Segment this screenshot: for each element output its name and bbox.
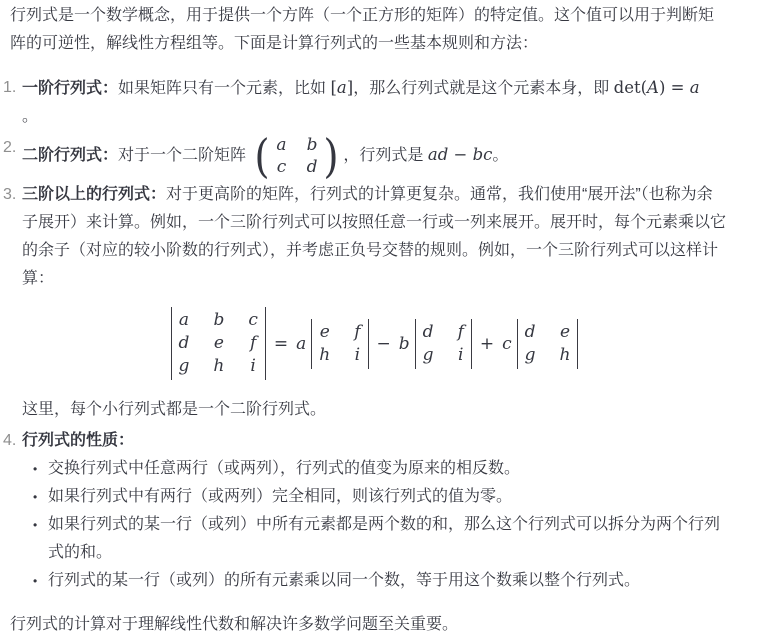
math-var-A: A xyxy=(647,78,659,97)
list-item-second-order: 2. 二阶行列式：对于一个二阶矩阵 (abcd)，行列式是 ad − bc。 xyxy=(3,134,727,178)
list-number: 2. xyxy=(3,134,22,162)
coefficient-c: c xyxy=(502,330,512,358)
matrix-cell: d xyxy=(423,321,434,344)
bullet-icon: • xyxy=(22,455,48,483)
closing-paragraph: 行列式的计算对于理解线性代数和解决许多数学问题至关重要。 xyxy=(10,611,727,639)
matrix-cell: g xyxy=(179,355,190,378)
list-item-first-order: 1. 一阶行列式：如果矩阵只有一个元素，比如 [a]，那么行列式就是这个元素本身… xyxy=(3,74,727,131)
item4-label: 行列式的性质： xyxy=(22,432,134,449)
matrix-cell: f xyxy=(248,332,258,355)
matrix-cell: e xyxy=(213,332,224,355)
bullet-text: 如果行列式的某一行（或列）中所有元素都是两个数的和，那么这个行列式可以拆分为两个… xyxy=(48,511,727,567)
determinant-expansion-formula: a b c d e f g h i = a e f xyxy=(22,307,727,380)
matrix-cell: a xyxy=(179,309,190,332)
math-var-a: a xyxy=(337,78,347,97)
item2-text-2: ，行列式是 xyxy=(343,147,427,164)
matrix-cell: d xyxy=(179,332,190,355)
properties-bullet-list: • 交换行列式中任意两行（或两列），行列式的值变为原来的相反数。 • 如果行列式… xyxy=(22,455,727,595)
list-number: 1. xyxy=(3,74,22,102)
item1-label: 一阶行列式： xyxy=(22,80,118,97)
matrix-cell: d xyxy=(307,156,318,178)
bullet-text: 行列式的某一行（或列）的所有元素乘以同一个数，等于用这个数乘以整个行列式。 xyxy=(48,567,727,595)
minus-sign: − xyxy=(377,330,391,358)
matrix-cell: g xyxy=(423,344,434,367)
item-content: 一阶行列式：如果矩阵只有一个元素，比如 [a]，那么行列式就是这个元素本身，即 … xyxy=(22,74,727,131)
inline-math-bracket-a: [a] xyxy=(330,78,353,97)
bullet-item: • 行列式的某一行（或列）的所有元素乘以同一个数，等于用这个数乘以整个行列式。 xyxy=(22,567,727,595)
matrix-cell: i xyxy=(248,355,258,378)
intro-paragraph: 行列式是一个数学概念，用于提供一个方阵（一个正方形的矩阵）的特定值。这个值可以用… xyxy=(10,2,727,58)
equals: ) = xyxy=(659,78,690,97)
determinant-2x2-minor-b: d f g i xyxy=(415,319,472,369)
matrix-cell: f xyxy=(458,321,464,344)
matrix-2x2-inline: (abcd) xyxy=(253,134,340,178)
item-content: 二阶行列式：对于一个二阶矩阵 (abcd)，行列式是 ad − bc。 xyxy=(22,134,727,178)
bullet-text: 如果行列式中有两行（或两列）完全相同，则该行列式的值为零。 xyxy=(48,483,727,511)
item3-after-formula: 这里，每个小行列式都是一个二阶行列式。 xyxy=(22,396,727,424)
item-content: 三阶以上的行列式：对于更高阶的矩阵，行列式的计算更复杂。通常，我们使用“展开法”… xyxy=(22,181,727,424)
matrix-cell: i xyxy=(458,344,464,367)
coefficient-b: b xyxy=(399,330,410,358)
bullet-icon: • xyxy=(22,511,48,539)
right-paren: ) xyxy=(324,134,339,178)
matrix-cell: i xyxy=(354,344,360,367)
matrix-cell: d xyxy=(525,321,536,344)
matrix-cell: e xyxy=(319,321,330,344)
matrix-cell: c xyxy=(276,156,286,178)
matrix-cell: h xyxy=(560,344,571,367)
matrix-cells: abcd xyxy=(271,134,322,178)
determinant-2x2-minor-c: d e g h xyxy=(517,319,579,369)
matrix-cell: a xyxy=(276,134,286,156)
inline-math-det-A: det(A) = a xyxy=(614,78,700,97)
matrix-cell: c xyxy=(248,309,258,332)
item1-text-2: ，那么行列式就是这个元素本身，即 xyxy=(353,80,613,97)
plus-sign: + xyxy=(480,330,494,358)
list-item-properties: 4. 行列式的性质： • 交换行列式中任意两行（或两列），行列式的值变为原来的相… xyxy=(3,427,727,595)
determinant-3x3: a b c d e f g h i xyxy=(171,307,266,380)
math-term-ad: ad xyxy=(428,145,448,164)
math-term-bc: bc xyxy=(473,145,493,164)
matrix-cell: e xyxy=(560,321,571,344)
list-item-higher-order: 3. 三阶以上的行列式：对于更高阶的矩阵，行列式的计算更复杂。通常，我们使用“展… xyxy=(3,181,727,424)
bullet-item: • 如果行列式的某一行（或列）中所有元素都是两个数的和，那么这个行列式可以拆分为… xyxy=(22,511,727,567)
matrix-cell: b xyxy=(307,134,318,156)
document: 行列式是一个数学概念，用于提供一个方阵（一个正方形的矩阵）的特定值。这个值可以用… xyxy=(0,0,757,639)
det-function: det( xyxy=(614,78,647,97)
matrix-cell: g xyxy=(525,344,536,367)
minus-sign: − xyxy=(448,145,472,164)
inline-math-ad-bc: ad − bc xyxy=(428,145,493,164)
rules-list: 1. 一阶行列式：如果矩阵只有一个元素，比如 [a]，那么行列式就是这个元素本身… xyxy=(3,74,727,595)
bullet-item: • 交换行列式中任意两行（或两列），行列式的值变为原来的相反数。 xyxy=(22,455,727,483)
matrix-cell: b xyxy=(213,309,224,332)
item1-text-3: 。 xyxy=(22,108,38,125)
list-number: 4. xyxy=(3,427,22,455)
matrix-cell: h xyxy=(213,355,224,378)
matrix-cell: f xyxy=(354,321,360,344)
item1-text-1: 如果矩阵只有一个元素，比如 xyxy=(118,80,330,97)
item3-label: 三阶以上的行列式： xyxy=(22,186,166,203)
matrix-cell: h xyxy=(319,344,330,367)
coefficient-a: a xyxy=(296,330,306,358)
bullet-icon: • xyxy=(22,567,48,595)
bullet-icon: • xyxy=(22,483,48,511)
determinant-2x2-minor-a: e f h i xyxy=(311,319,368,369)
bullet-item: • 如果行列式中有两行（或两列）完全相同，则该行列式的值为零。 xyxy=(22,483,727,511)
list-number: 3. xyxy=(3,181,22,209)
item2-label: 二阶行列式： xyxy=(22,147,118,164)
left-paren: ( xyxy=(255,134,270,178)
item-content: 行列式的性质： • 交换行列式中任意两行（或两列），行列式的值变为原来的相反数。… xyxy=(22,427,727,595)
item2-text-1: 对于一个二阶矩阵 xyxy=(118,147,250,164)
math-var-a: a xyxy=(690,78,700,97)
bullet-text: 交换行列式中任意两行（或两列），行列式的值变为原来的相反数。 xyxy=(48,455,727,483)
item2-text-3: 。 xyxy=(492,147,508,164)
equals-sign: = xyxy=(274,330,288,358)
